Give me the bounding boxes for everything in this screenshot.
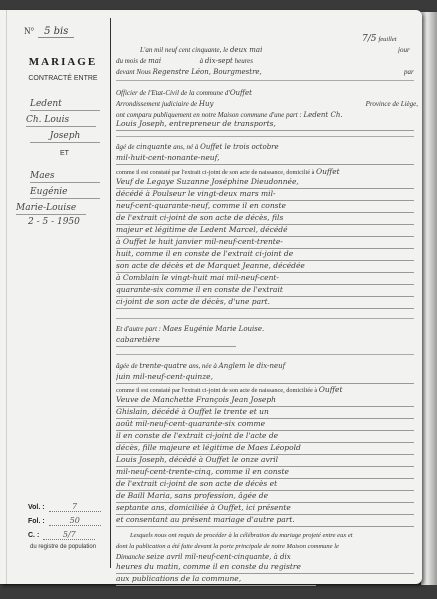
bride-surname: Maes <box>30 170 100 183</box>
province-label: Province de Liège, <box>340 99 418 110</box>
book-page-edges <box>421 12 437 592</box>
line-commune: Officier de l'Etat-Civil de la commune d… <box>116 88 414 99</box>
groom-detail-line: ci-joint de son acte de décès, d'une par… <box>116 296 414 309</box>
binding-edge <box>0 10 7 584</box>
feuillet-value: 7/5 <box>362 34 376 44</box>
groom-domicile: Ouffet <box>316 167 340 176</box>
officer-name: Regenstre Léon, Bourgmestre, <box>153 68 262 76</box>
groom-birth-year: mil-huit-cent-nonante-neuf, <box>116 152 414 165</box>
volume-label: Vol. : <box>28 504 45 511</box>
c-value: 5/7 <box>43 530 95 540</box>
rule <box>116 80 414 81</box>
register-folio: Fol. :50 <box>28 516 101 526</box>
bride-domicile: Ouffet <box>319 385 343 394</box>
bride-full-name: Maes Eugénie Marie Louise. <box>163 325 265 333</box>
jour-label: jour <box>398 45 418 56</box>
folio-value: 50 <box>49 516 101 526</box>
hour-value: dix-sept <box>205 57 233 65</box>
groom-surname: Ledent <box>30 98 100 111</box>
publication-date: seize avril mil-neuf-cent-cinquante, à d… <box>147 553 291 561</box>
month-value: mai <box>148 57 161 65</box>
line-month: du mois de mai à dix-sept heures <box>116 56 414 67</box>
line-date: L'an mil neuf cent cinquante, le deux ma… <box>140 45 370 56</box>
record-title: MARIAGE <box>18 56 108 68</box>
bride-profession: cabaretière <box>116 334 236 347</box>
bride-age: trente-quatre <box>139 362 187 370</box>
groom-birthplace: Ouffet le trois octobre <box>200 143 279 151</box>
register-caption: du registre de population <box>30 544 96 550</box>
record-number: N°5 bis <box>24 26 74 37</box>
bride-firstname-2: Marie-Louise <box>16 202 86 215</box>
groom-age: cinquante <box>136 143 171 151</box>
et-label: ET <box>60 150 69 157</box>
register-c: C. :5/7 <box>28 530 95 540</box>
bride-birthplace: Anglem le dix-neuf <box>219 362 286 370</box>
final-paragraph-2: dont la publication a été faite devant l… <box>116 541 414 552</box>
groom-firstname-2: Joseph <box>30 130 100 143</box>
feuillet-label: feuillet <box>378 36 396 43</box>
record-subtitle: CONTRACTÉ ENTRE <box>18 75 108 82</box>
feuillet: 7/5feuillet <box>362 34 397 44</box>
rule <box>116 136 414 137</box>
groom-firstname-1: Ch. Louis <box>26 114 96 127</box>
commune-value: Ouffet <box>230 89 252 97</box>
register-volume: Vol. :7 <box>28 502 101 512</box>
day-value: deux mai <box>230 46 262 54</box>
final-paragraph-1: Lesquels nous ont requis de procéder à l… <box>130 530 414 541</box>
marriage-date: 2 - 5 - 1950 <box>28 217 80 227</box>
scan-bottom-border <box>0 585 437 599</box>
line-officer: devant Nous Regenstre Léon, Bourgmestre, <box>116 67 414 78</box>
record-number-label: N° <box>24 26 34 36</box>
par-label: par <box>404 67 418 78</box>
folio-label: Fol. : <box>28 518 45 525</box>
rule <box>116 318 414 319</box>
bride-birth-year: juin mil-neuf-cent-quinze, <box>116 371 414 384</box>
c-label: C. : <box>28 532 39 539</box>
bride-firstname-1: Eugénie <box>30 186 100 199</box>
groom-names-profession: Louis Joseph, entrepreneur de transports… <box>116 118 414 131</box>
rule <box>116 354 414 355</box>
column-divider <box>110 18 111 568</box>
arrondissement-value: Huy <box>199 100 214 108</box>
record-number-value: 5 bis <box>38 26 74 38</box>
bride-detail-line: et consentant au présent mariage d'autre… <box>116 514 414 527</box>
volume-value: 7 <box>49 502 101 512</box>
final-paragraph-5: aux publications de la commune, <box>116 573 316 586</box>
